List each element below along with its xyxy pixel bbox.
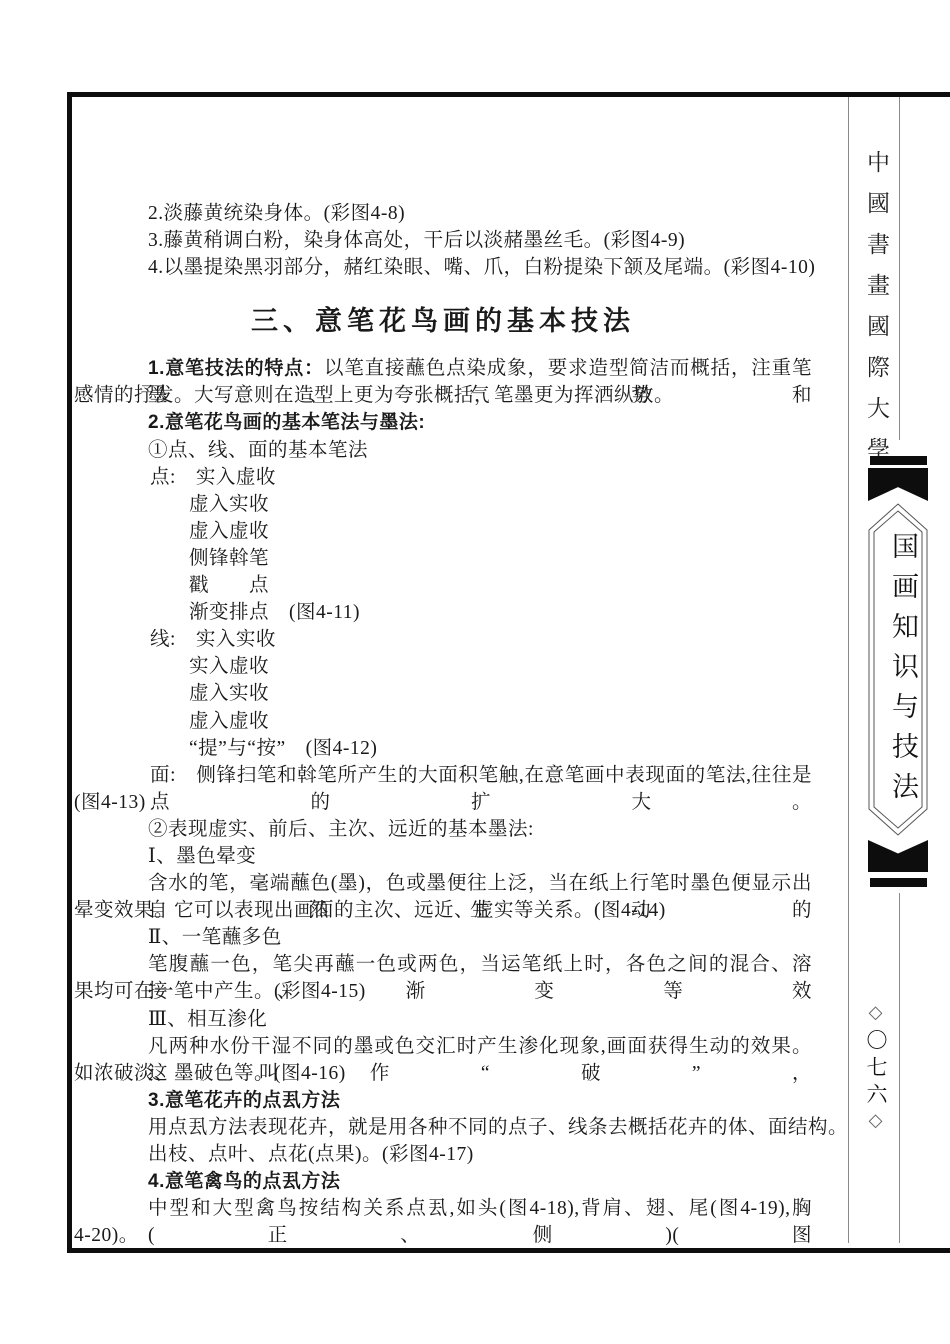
banner-top-bar [870, 456, 927, 465]
text-line: 中型和大型禽鸟按结构关系点厾,如头(图4-18),背肩、翅、尾(图4-19),胸… [74, 1195, 812, 1222]
text-line: 虚入实收 [74, 680, 812, 707]
text-line: 虚入虚收 [74, 708, 812, 735]
text-line: 笔腹蘸一色，笔尖再蘸一色或两色，当运笔纸上时，各色之间的混合、溶接、渐变等效 [74, 951, 812, 978]
text-line: Ⅰ、墨色晕变 [74, 843, 812, 870]
text-line: Ⅱ、一笔蘸多色 [74, 924, 812, 951]
diamond-icon: ◇ [866, 1002, 886, 1029]
text-line: 1.意笔技法的特点：以笔直接蘸色点染成象，要求造型简洁而概括，注重笔墨、气势和 [74, 355, 812, 382]
text-line: 含水的笔，毫端蘸色(墨)，色或墨便往上泛，当在纸上行笔时墨色便显示出自然生动的 [74, 870, 812, 897]
text-line: 2.淡藤黄统染身体。(彩图4-8) [74, 200, 812, 227]
text-line: “提”与“按” (图4-12) [74, 735, 812, 762]
sidebar-university-title: 中國書畫國際大學 [860, 150, 893, 478]
text-line: 戳 点 [74, 572, 812, 599]
sidebar-rule-right-upper [899, 97, 900, 440]
text-line: 渐变排点 (图4-11) [74, 599, 812, 626]
sidebar-rule-left [848, 97, 849, 1243]
section-heading: 三、意笔花鸟画的基本技法 [74, 281, 812, 355]
banner-bottom-bar [870, 878, 927, 887]
sidebar-box-title: 国画知识与技法 [883, 532, 922, 812]
text-line: 3.意笔花卉的点厾方法 [74, 1087, 812, 1114]
text-line: 凡两种水份干湿不同的墨或色交汇时产生渗化现象,画面获得生动的效果。这叫作“破”， [74, 1033, 812, 1060]
text-line: 2.意笔花鸟画的基本笔法与墨法: [74, 409, 812, 436]
text-column: 2.淡藤黄统染身体。(彩图4-8) 3.藤黄稍调白粉，染身体高处，干后以淡赭墨丝… [74, 200, 812, 1249]
text-line: 出枝、点叶、点花(点果)。(彩图4-17) [74, 1141, 812, 1168]
text-line: ②表现虚实、前后、主次、远近的基本墨法: [74, 816, 812, 843]
text-line: 实入虚收 [74, 653, 812, 680]
text-line: 虚入实收 [74, 491, 812, 518]
page-number: ◇〇七六◇ [861, 1002, 891, 1137]
sidebar-rule-right-lower [899, 893, 900, 1243]
text-line: 线: 实入实收 [74, 626, 812, 653]
text-line: 4.意笔禽鸟的点厾方法 [74, 1168, 812, 1195]
page-number-digits: 〇七六 [864, 1029, 888, 1110]
text-line: 面: 侧锋扫笔和斡笔所产生的大面积笔触,在意笔画中表现面的笔法,往往是点的扩大。 [74, 762, 812, 789]
paragraph-label: 1.意笔技法的特点： [148, 358, 324, 379]
text-line: Ⅲ、相互渗化 [74, 1006, 812, 1033]
text-line: 用点厾方法表现花卉，就是用各种不同的点子、线条去概括花卉的体、面结构。 [74, 1114, 812, 1141]
text-line: 虚入虚收 [74, 518, 812, 545]
text-line: 3.藤黄稍调白粉，染身体高处，干后以淡赭墨丝毛。(彩图4-9) [74, 227, 812, 254]
text-line: 点: 实入虚收 [74, 464, 812, 491]
text-line: 侧锋斡笔 [74, 545, 812, 572]
text-line: 4.以墨提染黑羽部分，赭红染眼、嘴、爪，白粉提染下颔及尾端。(彩图4-10) [74, 254, 812, 281]
text-line: ①点、线、面的基本笔法 [74, 437, 812, 464]
diamond-icon: ◇ [866, 1110, 886, 1137]
